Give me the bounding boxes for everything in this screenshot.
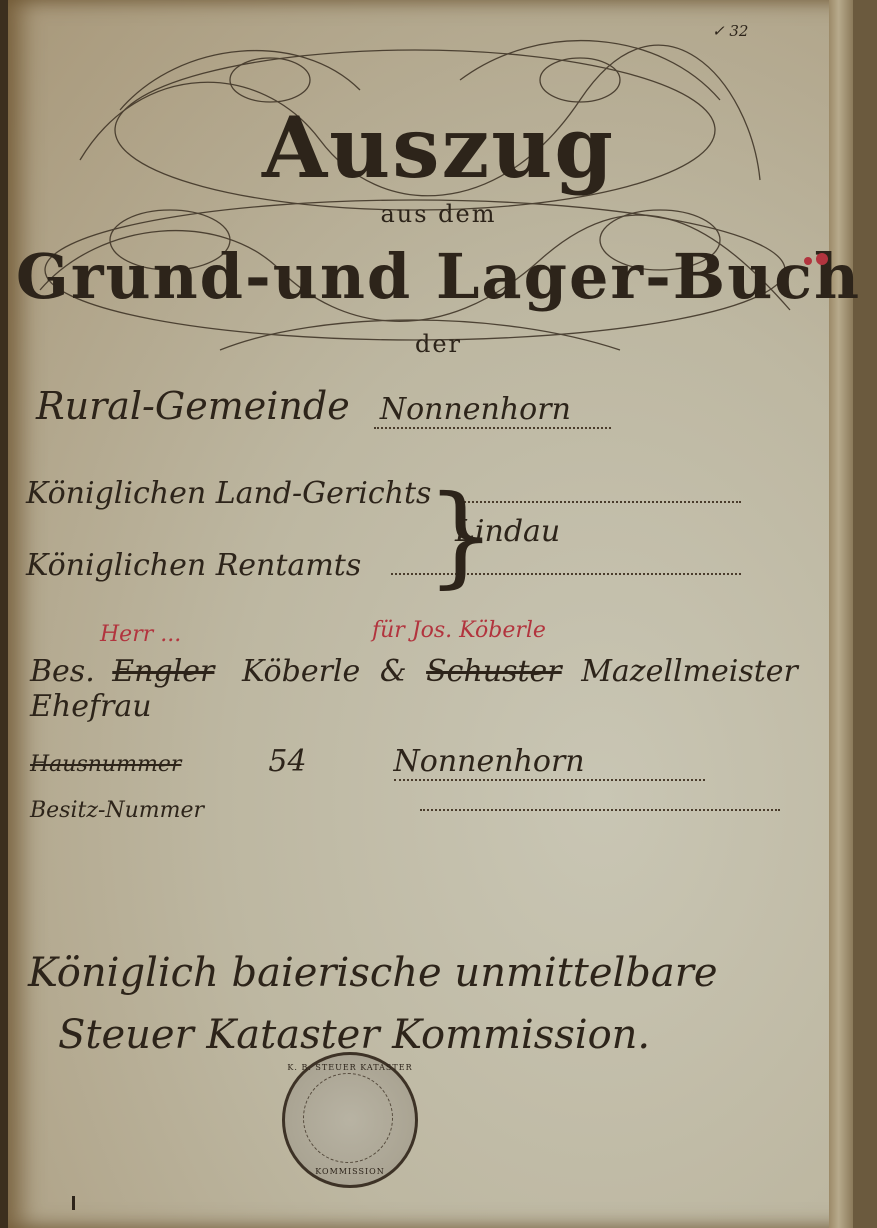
struck-word-2: Schuster xyxy=(426,654,562,689)
red-ink-blot xyxy=(800,252,836,268)
seal-top-text: K. B. STEUER KATASTER xyxy=(285,1063,415,1072)
house-number-label: Hausnummer xyxy=(30,752,181,777)
conjunction: & xyxy=(380,654,407,689)
seal-coat-of-arms xyxy=(303,1073,393,1163)
folio-number: ✓ 32 xyxy=(712,22,748,40)
authority-line-1: Königlich baierische unmittelbare xyxy=(28,950,718,996)
official-seal-stamp: K. B. STEUER KATASTER KOMMISSION xyxy=(282,1052,418,1188)
title-der: der xyxy=(0,330,877,358)
owner-surname: Köberle xyxy=(242,654,360,689)
plot-number-line: Besitz-Nummer xyxy=(30,798,204,823)
field-gemeinde: Rural-Gemeinde Nonnenhorn xyxy=(36,384,611,429)
field-label: Königlichen Land-Gerichts xyxy=(26,476,431,511)
owner-line: Bes. Engler Köberle & Schuster Mazellmei… xyxy=(30,654,877,724)
ink-mark xyxy=(72,1196,75,1210)
seal-bottom-text: KOMMISSION xyxy=(285,1167,415,1176)
red-annotation-2: für Jos. Köberle xyxy=(372,618,546,643)
brace: } xyxy=(426,480,496,590)
field-value: Nonnenhorn xyxy=(374,392,611,429)
struck-word: Engler xyxy=(112,654,214,689)
plot-dotted-line xyxy=(420,796,780,815)
owner-prefix: Bes. xyxy=(30,654,95,689)
field-label: Königlichen Rentamts xyxy=(26,548,361,583)
red-annotation-1: Herr ... xyxy=(100,622,181,647)
house-number-line: Hausnummer 54 Nonnenhorn xyxy=(30,744,705,781)
field-rentamt: Königlichen Rentamts xyxy=(26,548,741,583)
house-number-value: 54 xyxy=(268,744,306,779)
subtitle-aus-dem: aus dem xyxy=(0,200,877,228)
field-landgericht: Königlichen Land-Gerichts xyxy=(26,476,741,511)
plot-number-label: Besitz-Nummer xyxy=(30,798,204,823)
book-title: Grund-und Lager-Buch xyxy=(0,240,877,313)
title-auszug: Auszug xyxy=(0,98,877,197)
field-label: Rural-Gemeinde xyxy=(36,384,350,428)
dotted-line xyxy=(461,501,741,503)
authority-line-2: Steuer Kataster Kommission. xyxy=(58,1012,650,1058)
house-place: Nonnenhorn xyxy=(394,744,705,781)
